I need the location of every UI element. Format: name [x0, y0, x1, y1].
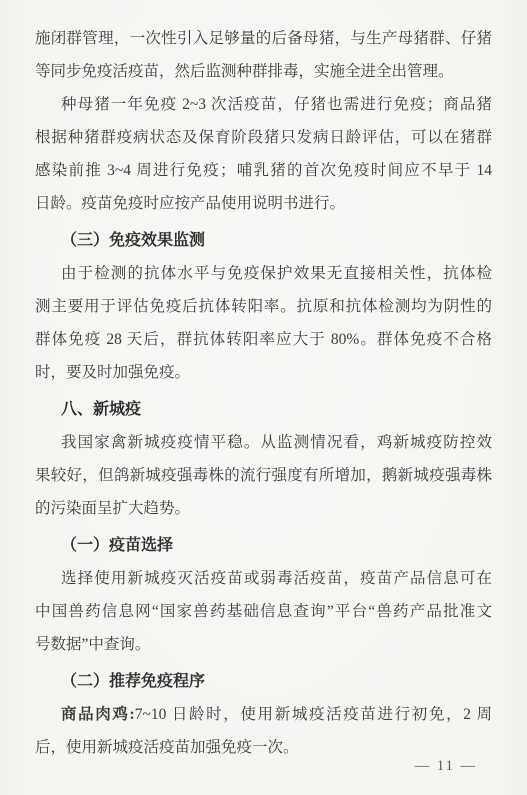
body-line: 种母猪一年免疫 2~3 次活疫苗，仔猪也需进行免疫；商品猪: [35, 88, 492, 121]
section-heading-vaccine-selection: （一）疫苗选择: [35, 529, 492, 562]
body-line: 感染前推 3~4 周进行免疫；哺乳猪的首次免疫时间应不早于 14: [35, 154, 492, 187]
body-line: 商品肉鸡:7~10 日龄时，使用新城疫活疫苗进行初免，2 周: [35, 698, 492, 731]
body-line: 我国家禽新城疫疫情平稳。从监测情况看，鸡新城疫防控效: [35, 426, 492, 459]
body-line: 中国兽药信息网“国家兽药基础信息查询”平台“兽药产品批准文: [35, 595, 492, 628]
body-line: 施闭群管理，一次性引入足够量的后备母猪，与生产母猪群、仔猪: [35, 22, 492, 55]
body-line: 等同步免疫活疫苗，然后监测种群排毒，实施全进全出管理。: [35, 55, 492, 88]
body-line: 群体免疫 28 天后，群抗体转阳率应大于 80%。群体免疫不合格: [35, 323, 492, 356]
body-line: 测主要用于评估免疫后抗体转阳率。抗原和抗体检测均为阴性的: [35, 290, 492, 323]
chapter-heading-newcastle-disease: 八、新城疫: [35, 393, 492, 426]
body-line-text: 7~10 日龄时，使用新城疫活疫苗进行初免，2 周: [135, 706, 492, 723]
body-line: 选择使用新城疫灭活疫苗或弱毒活疫苗，疫苗产品信息可在: [35, 562, 492, 595]
body-line: 的污染面呈扩大趋势。: [35, 492, 492, 525]
page-number: — 11 —: [415, 758, 477, 775]
body-line: 日龄。疫苗免疫时应按产品使用说明书进行。: [35, 187, 492, 220]
bold-lead-commercial-broiler: 商品肉鸡:: [61, 706, 135, 723]
section-heading-immunization-effect-monitoring: （三）免疫效果监测: [35, 224, 492, 257]
body-line: 果较好，但鸽新城疫强毒株的流行强度有所增加，鹅新城疫强毒株: [35, 459, 492, 492]
body-line: 时，要及时加强免疫。: [35, 356, 492, 389]
body-line: 由于检测的抗体水平与免疫保护效果无直接相关性，抗体检: [35, 257, 492, 290]
section-heading-recommended-immunization-program: （二）推荐免疫程序: [35, 665, 492, 698]
body-line: 号数据”中查询。: [35, 628, 492, 661]
body-line: 根据种猪群疫病状态及保育阶段猪只发病日龄评估，可以在猪群: [35, 121, 492, 154]
document-page: 施闭群管理，一次性引入足够量的后备母猪，与生产母猪群、仔猪 等同步免疫活疫苗，然…: [0, 0, 527, 795]
